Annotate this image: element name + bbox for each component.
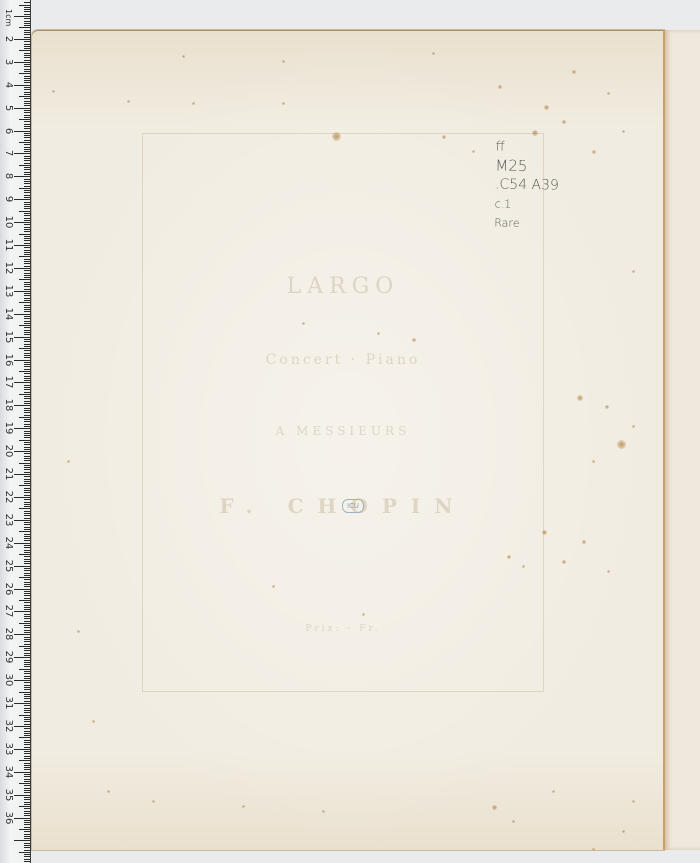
ruler-number: 3 [3, 55, 13, 69]
ruler-tick [24, 110, 30, 111]
ruler-tick [24, 559, 30, 560]
ruler-tick [24, 728, 30, 729]
ruler-tick [24, 121, 30, 122]
ruler-number: 19 [3, 421, 13, 435]
foxing-spot [617, 440, 626, 449]
ruler-tick [24, 591, 30, 592]
ruler-tick [24, 295, 30, 296]
ruler-tick [24, 169, 30, 170]
ruler-tick [24, 488, 30, 489]
ruler-tick [24, 78, 30, 79]
ruler-number: 26 [3, 582, 13, 596]
ruler-number: 33 [3, 742, 13, 756]
ruler-tick [24, 412, 30, 413]
ruler-tick [24, 815, 30, 816]
callnumber-line-5: Rare [494, 213, 558, 233]
ruler-tick [24, 831, 30, 832]
ruler-tick [24, 648, 30, 649]
ruler-tick [24, 55, 30, 56]
ruler-tick [24, 364, 30, 365]
document-page: LARGO Concert · Piano A MESSIEURS F. CHO… [32, 30, 664, 850]
ruler-tick [14, 566, 30, 567]
ruler-tick [24, 456, 30, 457]
ruler-tick [24, 802, 30, 803]
foxing-spot [544, 105, 549, 110]
ruler-tick [24, 582, 30, 583]
foxing-spot [92, 720, 95, 723]
ruler-tick [24, 197, 30, 198]
ruler-tick [19, 348, 30, 349]
ruler-tick [14, 589, 30, 590]
ruler-tick [14, 680, 30, 681]
ruler-tick [24, 650, 30, 651]
callnumber-line-3: .C54 A39 [495, 175, 559, 195]
ruler-tick [24, 48, 30, 49]
ruler-tick [24, 163, 30, 164]
ruler-tick [24, 822, 30, 823]
ruler-number: 27 [3, 604, 13, 618]
foxing-spot [152, 800, 155, 803]
ruler-tick [14, 85, 30, 86]
ruler-number: 21 [3, 467, 13, 481]
ruler-tick [24, 206, 30, 207]
callnumber-line-2: M25 [495, 156, 559, 176]
ruler-tick [24, 515, 30, 516]
ruler-tick [24, 483, 30, 484]
foxing-spot [552, 790, 555, 793]
foxing-spot [592, 848, 595, 850]
ruler-tick [24, 330, 30, 331]
ruler-tick [24, 476, 30, 477]
ruler-tick [24, 346, 30, 347]
ruler-number: 6 [3, 124, 13, 138]
ruler-tick [24, 598, 30, 599]
ruler-tick [24, 856, 30, 857]
foxing-spot [67, 460, 70, 463]
ruler-tick [24, 160, 30, 161]
ruler-tick [24, 719, 30, 720]
ruler-number: 20 [3, 444, 13, 458]
ruler-number: 9 [3, 192, 13, 206]
ruler-number: 34 [3, 765, 13, 779]
ruler-tick [24, 481, 30, 482]
ruler-tick [24, 87, 30, 88]
ruler-tick [19, 783, 30, 784]
ruler-tick [24, 426, 30, 427]
foxing-spot [492, 805, 497, 810]
ruler-tick [24, 808, 30, 809]
foxing-spot [577, 395, 583, 401]
ruler-tick [19, 165, 30, 166]
ruler-tick [14, 497, 30, 498]
ruler-tick [19, 73, 30, 74]
ruler-tick [14, 657, 30, 658]
ruler-number: 36 [3, 811, 13, 825]
ruler-tick [24, 847, 30, 848]
ruler-tick [24, 561, 30, 562]
library-stamp: ICU [342, 499, 364, 513]
ruler-tick [24, 843, 30, 844]
ruler-tick [24, 293, 30, 294]
ruler-tick [24, 250, 30, 251]
foxing-spot [607, 92, 610, 95]
ruler-tick [24, 504, 30, 505]
ruler-tick [24, 518, 30, 519]
ruler-tick [24, 76, 30, 77]
ruler-tick [19, 188, 30, 189]
ruler-tick [19, 646, 30, 647]
foxing-spot [607, 570, 610, 573]
ruler-tick [14, 749, 30, 750]
ruler-tick [24, 534, 30, 535]
ruler-tick [24, 401, 30, 402]
ruler-number: 13 [3, 284, 13, 298]
ruler-tick [24, 259, 30, 260]
ruler-tick [24, 753, 30, 754]
ruler-tick [24, 678, 30, 679]
ruler-tick [24, 740, 30, 741]
ruler-tick [24, 575, 30, 576]
ruler-tick [19, 508, 30, 509]
ruler-tick [19, 142, 30, 143]
ruler-tick [24, 671, 30, 672]
ruler-tick [24, 698, 30, 699]
ruler-tick [24, 353, 30, 354]
ruler-tick [24, 89, 30, 90]
ruler-tick [24, 80, 30, 81]
ruler-tick [24, 158, 30, 159]
ruler-tick [14, 337, 30, 338]
ruler-tick [24, 282, 30, 283]
ruler-tick [24, 758, 30, 759]
ruler-tick [24, 838, 30, 839]
ruler-number: 2 [3, 32, 13, 46]
ruler-tick [24, 845, 30, 846]
ruler-number: 15 [3, 330, 13, 344]
foxing-spot [632, 800, 635, 803]
ruler-tick [24, 431, 30, 432]
ruler-tick [14, 222, 30, 223]
foxing-spot [182, 55, 185, 58]
ruler-tick [24, 632, 30, 633]
ruler-tick [24, 243, 30, 244]
ruler-tick [24, 149, 30, 150]
ruler-tick [24, 341, 30, 342]
ruler-tick [24, 94, 30, 95]
plate-mark-border: LARGO Concert · Piano A MESSIEURS F. CHO… [142, 133, 544, 692]
ruler-tick [14, 108, 30, 109]
ruler-tick [24, 34, 30, 35]
ruler-tick [19, 279, 30, 280]
ruler-tick [24, 639, 30, 640]
ruler-tick [24, 467, 30, 468]
ruler-number: 8 [3, 169, 13, 183]
foxing-spot [605, 405, 609, 409]
ruler-tick [14, 16, 30, 17]
foxing-spot [52, 90, 55, 93]
ruler-tick [19, 715, 30, 716]
ruler-tick [24, 126, 30, 127]
ruler-number: 28 [3, 627, 13, 641]
ruler-tick [14, 153, 30, 154]
ruler-tick [24, 731, 30, 732]
ruler-tick [19, 417, 30, 418]
ruler-tick [24, 827, 30, 828]
ruler-tick [24, 30, 30, 31]
ruler-tick [19, 531, 30, 532]
ruler-tick [24, 9, 30, 10]
ruler-tick [24, 511, 30, 512]
ruler-tick [24, 307, 30, 308]
foxing-spot [472, 150, 475, 153]
ruler-tick [24, 682, 30, 683]
ruler-tick [24, 568, 30, 569]
ruler-tick [19, 96, 30, 97]
ruler-number: 11 [3, 238, 13, 252]
foxing-spot [562, 120, 566, 124]
ruler-tick [24, 662, 30, 663]
ruler-tick [24, 275, 30, 276]
ruler-tick [24, 98, 30, 99]
foxing-spot [272, 585, 275, 588]
ruler-tick [19, 623, 30, 624]
ruler-tick [19, 50, 30, 51]
ruler-tick [24, 479, 30, 480]
ruler-tick [24, 676, 30, 677]
ruler-tick [24, 273, 30, 274]
ruler-tick [24, 502, 30, 503]
ruler-tick [24, 552, 30, 553]
ruler-tick [24, 300, 30, 301]
ruler-tick [24, 595, 30, 596]
ruler-tick [24, 735, 30, 736]
foxing-spot [442, 135, 446, 139]
ruler-number: 25 [3, 559, 13, 573]
ruler-tick [24, 403, 30, 404]
ruler-tick [24, 435, 30, 436]
ruler-tick [24, 769, 30, 770]
ruler-tick [24, 82, 30, 83]
ruler-tick [14, 520, 30, 521]
ruler-tick [24, 712, 30, 713]
ruler-tick [24, 419, 30, 420]
measurement-ruler: 1cm2345678910111213141516171819202122232… [0, 0, 31, 863]
ruler-tick [24, 742, 30, 743]
ruler-tick [14, 291, 30, 292]
ruler-tick [24, 92, 30, 93]
ruler-tick [24, 813, 30, 814]
ruler-number: 30 [3, 673, 13, 687]
ruler-tick [24, 540, 30, 541]
ruler-tick [19, 806, 30, 807]
foxing-spot [377, 332, 380, 335]
ruler-tick [24, 453, 30, 454]
ruler-number: 22 [3, 490, 13, 504]
ruler-tick [24, 344, 30, 345]
ruler-tick [24, 861, 30, 862]
ruler-tick [19, 692, 30, 693]
ruler-tick [24, 14, 30, 15]
ruler-tick [24, 701, 30, 702]
ruler-tick [24, 797, 30, 798]
ruler-tick [24, 376, 30, 377]
ruler-tick [24, 536, 30, 537]
ruler-tick [24, 179, 30, 180]
ruler-tick [24, 238, 30, 239]
ruler-tick [24, 387, 30, 388]
callnumber-line-4: c.1 [495, 194, 559, 214]
ruler-tick [14, 199, 30, 200]
ruler-tick [24, 513, 30, 514]
ruler-tick [24, 799, 30, 800]
ruler-tick [24, 218, 30, 219]
foxing-spot [532, 130, 538, 136]
ruler-tick [24, 579, 30, 580]
ruler-tick [24, 421, 30, 422]
ruler-tick [24, 252, 30, 253]
ruler-tick [19, 394, 30, 395]
ruler-tick [24, 339, 30, 340]
ruler-tick [24, 408, 30, 409]
ruler-tick [19, 302, 30, 303]
ruler-tick [24, 836, 30, 837]
ruler-tick [24, 60, 30, 61]
ruler-tick [24, 229, 30, 230]
ruler-tick [24, 18, 30, 19]
ruler-tick [24, 195, 30, 196]
ruler-tick [24, 460, 30, 461]
ruler-tick [24, 266, 30, 267]
ruler-tick [24, 710, 30, 711]
foxing-spot [302, 322, 305, 325]
ruler-tick [24, 756, 30, 757]
pencil-call-number: ff M25 .C54 A39 c.1 Rare [494, 137, 560, 233]
ruler-tick [24, 499, 30, 500]
ruler-tick [24, 323, 30, 324]
ruler-tick [24, 524, 30, 525]
ruler-tick [24, 410, 30, 411]
foxing-spot [282, 102, 285, 105]
ruler-tick [24, 442, 30, 443]
ruler-tick [24, 140, 30, 141]
ruler-tick [24, 263, 30, 264]
ruler-tick [19, 371, 30, 372]
ruler-tick [24, 309, 30, 310]
ruler-tick [24, 66, 30, 67]
ruler-number: 23 [3, 513, 13, 527]
ruler-tick [24, 151, 30, 152]
ruler-tick [24, 804, 30, 805]
ruler-tick [24, 495, 30, 496]
ruler-tick [24, 167, 30, 168]
ruler-tick [24, 641, 30, 642]
ruler-tick [24, 545, 30, 546]
ruler-tick [24, 112, 30, 113]
ruler-tick [24, 373, 30, 374]
ruler-tick [24, 366, 30, 367]
ruler-tick [24, 696, 30, 697]
ruler-tick [24, 23, 30, 24]
ruler-number: 24 [3, 536, 13, 550]
foxing-spot [432, 52, 435, 55]
ruler-tick [24, 71, 30, 72]
ruler-tick [24, 186, 30, 187]
ruler-tick [24, 69, 30, 70]
ruler-tick [24, 316, 30, 317]
ruler-tick [24, 444, 30, 445]
ruler-tick [24, 744, 30, 745]
ruler-number: 35 [3, 788, 13, 802]
ruler-tick [24, 64, 30, 65]
ruler-tick [24, 630, 30, 631]
ruler-tick [19, 119, 30, 120]
ruler-tick [24, 854, 30, 855]
ruler-tick [14, 405, 30, 406]
foxing-spot [77, 630, 80, 633]
ruler-tick [24, 46, 30, 47]
ruler-tick [24, 767, 30, 768]
ruler-tick [14, 176, 30, 177]
ruler-tick [24, 128, 30, 129]
foxing-spot [507, 555, 511, 559]
ruler-tick [24, 357, 30, 358]
ruler-tick [24, 747, 30, 748]
ruler-tick [14, 543, 30, 544]
ruler-number: 29 [3, 650, 13, 664]
ruler-tick [19, 5, 30, 6]
ruler-tick [24, 653, 30, 654]
ruler-tick [19, 554, 30, 555]
ruler-tick [24, 44, 30, 45]
foxing-spot [572, 70, 576, 74]
foxing-spot [512, 820, 515, 823]
ruler-tick [24, 774, 30, 775]
ruler-tick [24, 204, 30, 205]
ruler-tick [24, 627, 30, 628]
ruler-tick [24, 231, 30, 232]
ruler-tick [14, 428, 30, 429]
ruler-tick [14, 245, 30, 246]
ruler-number: 31 [3, 696, 13, 710]
ruler-tick [24, 137, 30, 138]
show-through-subtitle: Concert · Piano [143, 352, 543, 368]
ruler-tick [24, 7, 30, 8]
ruler-tick [24, 556, 30, 557]
ruler-tick [24, 644, 30, 645]
ruler-tick [24, 584, 30, 585]
ruler-tick [14, 703, 30, 704]
ruler-tick [14, 451, 30, 452]
foxing-spot [592, 460, 595, 463]
ruler-tick [24, 733, 30, 734]
ruler-number: 10 [3, 215, 13, 229]
ruler-tick [24, 751, 30, 752]
ruler-tick [24, 227, 30, 228]
ruler-tick [24, 820, 30, 821]
ruler-tick [24, 522, 30, 523]
ruler-tick [24, 385, 30, 386]
ruler-tick [24, 724, 30, 725]
ruler-tick [24, 327, 30, 328]
ruler-tick [24, 144, 30, 145]
foxing-spot [107, 790, 110, 793]
ruler-tick [24, 369, 30, 370]
show-through-footer: Prix: · Fr. [143, 624, 543, 634]
ruler-tick [24, 286, 30, 287]
ruler-tick [19, 256, 30, 257]
ruler-tick [24, 220, 30, 221]
ruler-tick [24, 37, 30, 38]
